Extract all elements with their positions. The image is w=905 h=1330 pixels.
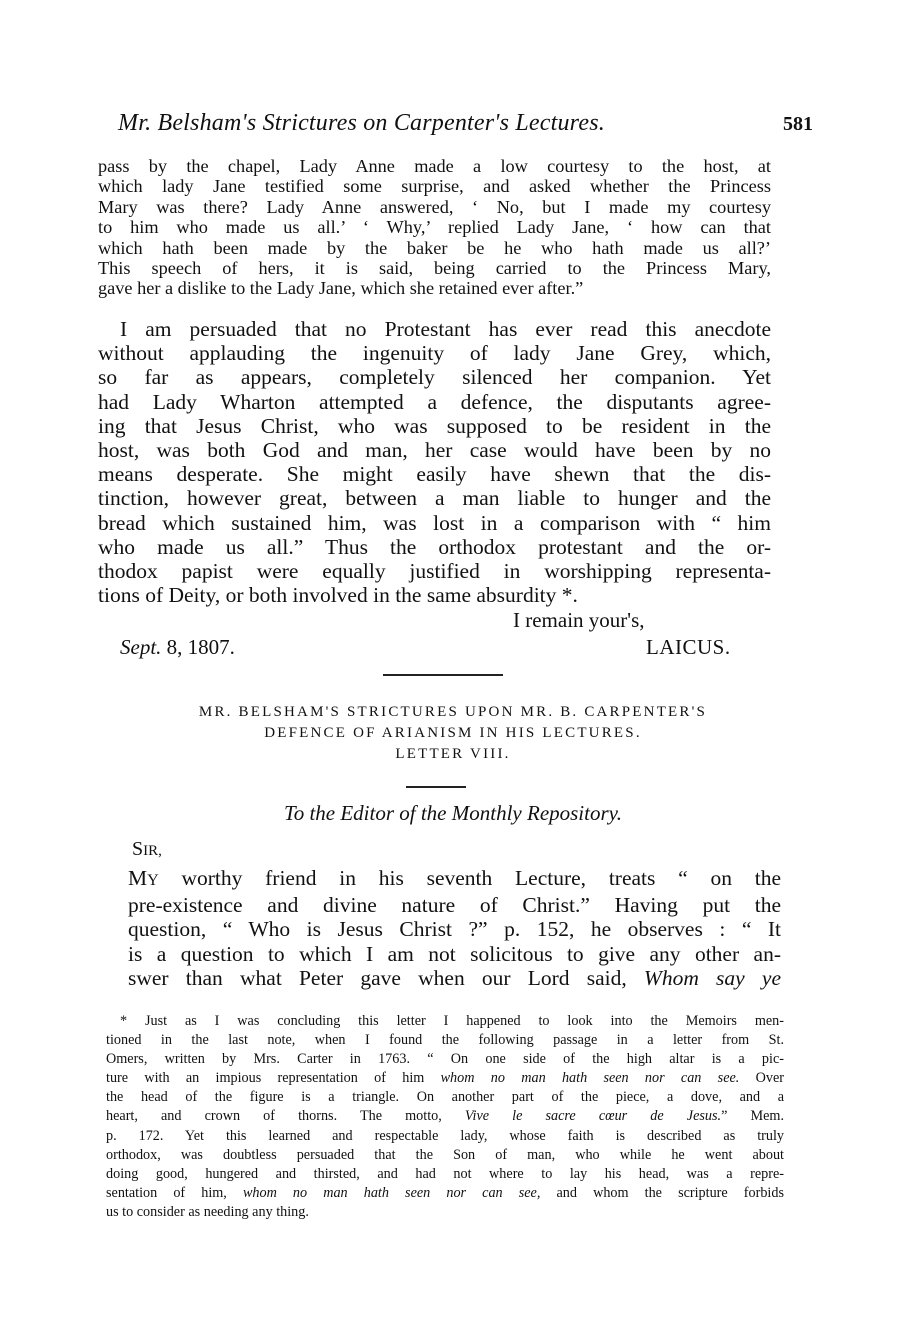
footnote-line: * Just as I was concluding this letter I… [106,1012,784,1031]
text-line: ing that Jesus Christ, who was supposed … [98,414,771,438]
date-day-year: 8, 1807. [167,635,235,659]
running-title: Mr. Belsham's Strictures on Carpenter's … [118,110,605,137]
footnote-text: ” Mem. [721,1108,784,1124]
addressee-line: To the Editor of the Monthly Repository. [108,801,798,826]
line-plain: swer than what Peter gave when our Lord … [128,966,644,990]
heading-divider [406,786,466,788]
footnote-line: sentation of him, whom no man hath seen … [106,1184,784,1203]
text-line: This speech of hers, it is said, being c… [98,258,771,278]
text-line: tions of Deity, or both involved in the … [98,583,771,607]
text-line: Mary was there? Lady Anne answered, ‘ No… [98,197,771,217]
drop-initial: M [128,866,147,890]
text-line: had Lady Wharton attempted a defence, th… [98,390,771,414]
text-line: which hath been made by the baker be he … [98,238,771,258]
text-line: bread which sustained him, was lost in a… [98,511,771,535]
text-line: means desperate. She might easily have s… [98,462,771,486]
signature: LAICUS. [646,635,731,660]
text-line: question, “ Who is Jesus Christ ?” p. 15… [128,917,781,941]
salutation: SIR, [132,838,162,861]
letter-paragraph: MY worthy friend in his seventh Lecture,… [128,866,781,990]
article-heading-line-3: Letter VIII. [108,744,798,765]
text-line: I am persuaded that no Protestant has ev… [98,317,771,341]
text-line: to him who made us all.’ ‘ Why,’ replied… [98,217,771,237]
text-line: pre-existence and divine nature of Chris… [128,893,781,917]
footnote-line: heart, and crown of thorns. The motto, V… [106,1107,784,1126]
text-line: swer than what Peter gave when our Lord … [128,966,781,990]
text-line: who made us all.” Thus the orthodox prot… [98,535,771,559]
footnote-text: ture with an impious representation of h… [106,1070,441,1086]
footnote-text: Over [739,1070,784,1086]
text-line: host, was both God and man, her case wou… [98,438,771,462]
section-divider [383,674,503,676]
footnote: * Just as I was concluding this letter I… [106,1012,784,1222]
salutation-rest: IR, [143,843,162,859]
footnote-line: us to consider as needing any thing. [106,1203,784,1222]
footnote-italic: whom no man hath seen nor can see, [243,1185,540,1201]
text-line: without applauding the ingenuity of lady… [98,341,771,365]
footnote-line: Omers, written by Mrs. Carter in 1763. “… [106,1050,784,1069]
footnote-line: ture with an impious representation of h… [106,1069,784,1088]
anecdote-paragraph: pass by the chapel, Lady Anne made a low… [98,156,771,299]
salutation-initial: S [132,838,143,860]
footnote-italic: Vive le sacre cœur de Jesus. [465,1108,721,1124]
commentary-paragraph: I am persuaded that no Protestant has ev… [98,317,771,607]
small-cap: Y [147,872,159,889]
footnote-text: heart, and crown of thorns. The motto, [106,1108,465,1124]
footnote-line: orthodox, was doubtless persuaded that t… [106,1146,784,1165]
text-line: which lady Jane testified some surprise,… [98,176,771,196]
letter-date: Sept. 8, 1807. [120,635,235,660]
footnote-line: doing good, hungered and thirsted, and h… [106,1165,784,1184]
footnote-italic: whom no man hath seen nor can see. [441,1070,740,1086]
text-line: tinction, however great, between a man l… [98,486,771,510]
letter-signoff: I remain your's, Sept. 8, 1807. LAICUS. [98,608,778,658]
text-line: MY worthy friend in his seventh Lecture,… [128,866,781,893]
footnote-line: p. 172. Yet this learned and respectable… [106,1127,784,1146]
footnote-line: the head of the figure is a triangle. On… [106,1088,784,1107]
text-line: gave her a dislike to the Lady Jane, whi… [98,278,771,298]
footnote-text: and whom the scripture forbids [540,1185,784,1201]
line-italic: Whom say ye [644,966,781,990]
document-page: Mr. Belsham's Strictures on Carpenter's … [0,0,905,1330]
text-line: thodox papist were equally justified in … [98,559,771,583]
footnote-text: sentation of him, [106,1185,243,1201]
article-heading-line-2: Defence of Arianism in his Lectures. [108,723,798,744]
running-head: Mr. Belsham's Strictures on Carpenter's … [118,110,813,144]
line-rest: worthy friend in his seventh Lecture, tr… [159,866,781,890]
text-line: so far as appears, completely silenced h… [98,365,771,389]
footnote-line: tioned in the last note, when I found th… [106,1031,784,1050]
date-month: Sept. [120,635,161,659]
text-line: pass by the chapel, Lady Anne made a low… [98,156,771,176]
article-heading-line-1: Mr. Belsham's Strictures upon Mr. B. Car… [108,702,798,723]
page-number: 581 [783,113,813,136]
text-line: is a question to which I am not solicito… [128,942,781,966]
closing-phrase: I remain your's, [513,608,645,633]
